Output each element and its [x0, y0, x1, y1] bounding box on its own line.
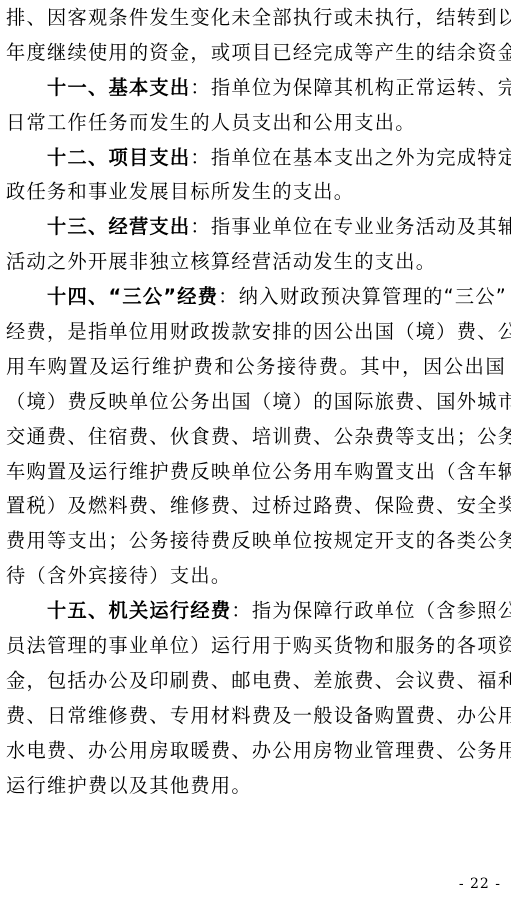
text-line: 车购置及运行维护费反映单位公务用车购置支出（含车辆购 — [6, 458, 506, 493]
section-first-line: 十四、“三公”经费：纳入财政预决算管理的“三公” — [6, 283, 506, 318]
text-line: 费用等支出；公务接待费反映单位按规定开支的各类公务接 — [6, 527, 506, 562]
section-text: ：指事业单位在专业业务活动及其辅助 — [190, 215, 511, 238]
section-first-line: 十一、基本支出：指单位为保障其机构正常运转、完成 — [6, 74, 506, 109]
section-heading: 十二、项目支出 — [47, 146, 190, 169]
text-line: 日常工作任务而发生的人员支出和公用支出。 — [6, 109, 506, 144]
section-first-line: 十五、机关运行经费：指为保障行政单位（含参照公务 — [6, 597, 506, 632]
document-page: 排、因客观条件发生变化未全部执行或未执行，结转到以后 年度继续使用的资金，或项目… — [6, 4, 506, 806]
text-line: 活动之外开展非独立核算经营活动发生的支出。 — [6, 248, 506, 283]
section-first-line: 十三、经营支出：指事业单位在专业业务活动及其辅助 — [6, 213, 506, 248]
text-line: 运行维护费以及其他费用。 — [6, 772, 506, 807]
text-line: 经费，是指单位用财政拨款安排的因公出国（境）费、公务 — [6, 318, 506, 353]
section-first-line: 十二、项目支出：指单位在基本支出之外为完成特定行 — [6, 144, 506, 179]
section-heading: 十五、机关运行经费 — [47, 599, 231, 622]
text-line: 交通费、住宿费、伙食费、培训费、公杂费等支出；公务用 — [6, 423, 506, 458]
section-heading: 十一、基本支出 — [47, 76, 190, 99]
text-line: 费、日常维修费、专用材料费及一般设备购置费、办公用房 — [6, 702, 506, 737]
section-heading: 十三、经营支出 — [47, 215, 190, 238]
text-line: 水电费、办公用房取暖费、办公用房物业管理费、公务用车 — [6, 737, 506, 772]
text-line: 政任务和事业发展目标所发生的支出。 — [6, 178, 506, 213]
text-line: 用车购置及运行维护费和公务接待费。其中，因公出国 — [6, 353, 506, 388]
section-text: ：指单位在基本支出之外为完成特定行 — [190, 146, 511, 169]
section-heading: 十四、“三公”经费 — [47, 285, 218, 308]
text-line: （境）费反映单位公务出国（境）的国际旅费、国外城市间 — [6, 388, 506, 423]
text-line: 待（含外宾接待）支出。 — [6, 562, 506, 597]
text-line: 置税）及燃料费、维修费、过桥过路费、保险费、安全奖励 — [6, 492, 506, 527]
section-text: ：指单位为保障其机构正常运转、完成 — [190, 76, 511, 99]
text-line: 员法管理的事业单位）运行用于购买货物和服务的各项资 — [6, 632, 506, 667]
section-text: ：纳入财政预决算管理的“三公” — [218, 285, 507, 308]
text-line: 年度继续使用的资金，或项目已经完成等产生的结余资金。 — [6, 39, 506, 74]
section-text: ：指为保障行政单位（含参照公务 — [231, 599, 511, 622]
page-number: - 22 - — [459, 876, 501, 892]
text-line: 排、因客观条件发生变化未全部执行或未执行，结转到以后 — [6, 4, 506, 39]
text-line: 金，包括办公及印刷费、邮电费、差旅费、会议费、福利 — [6, 667, 506, 702]
